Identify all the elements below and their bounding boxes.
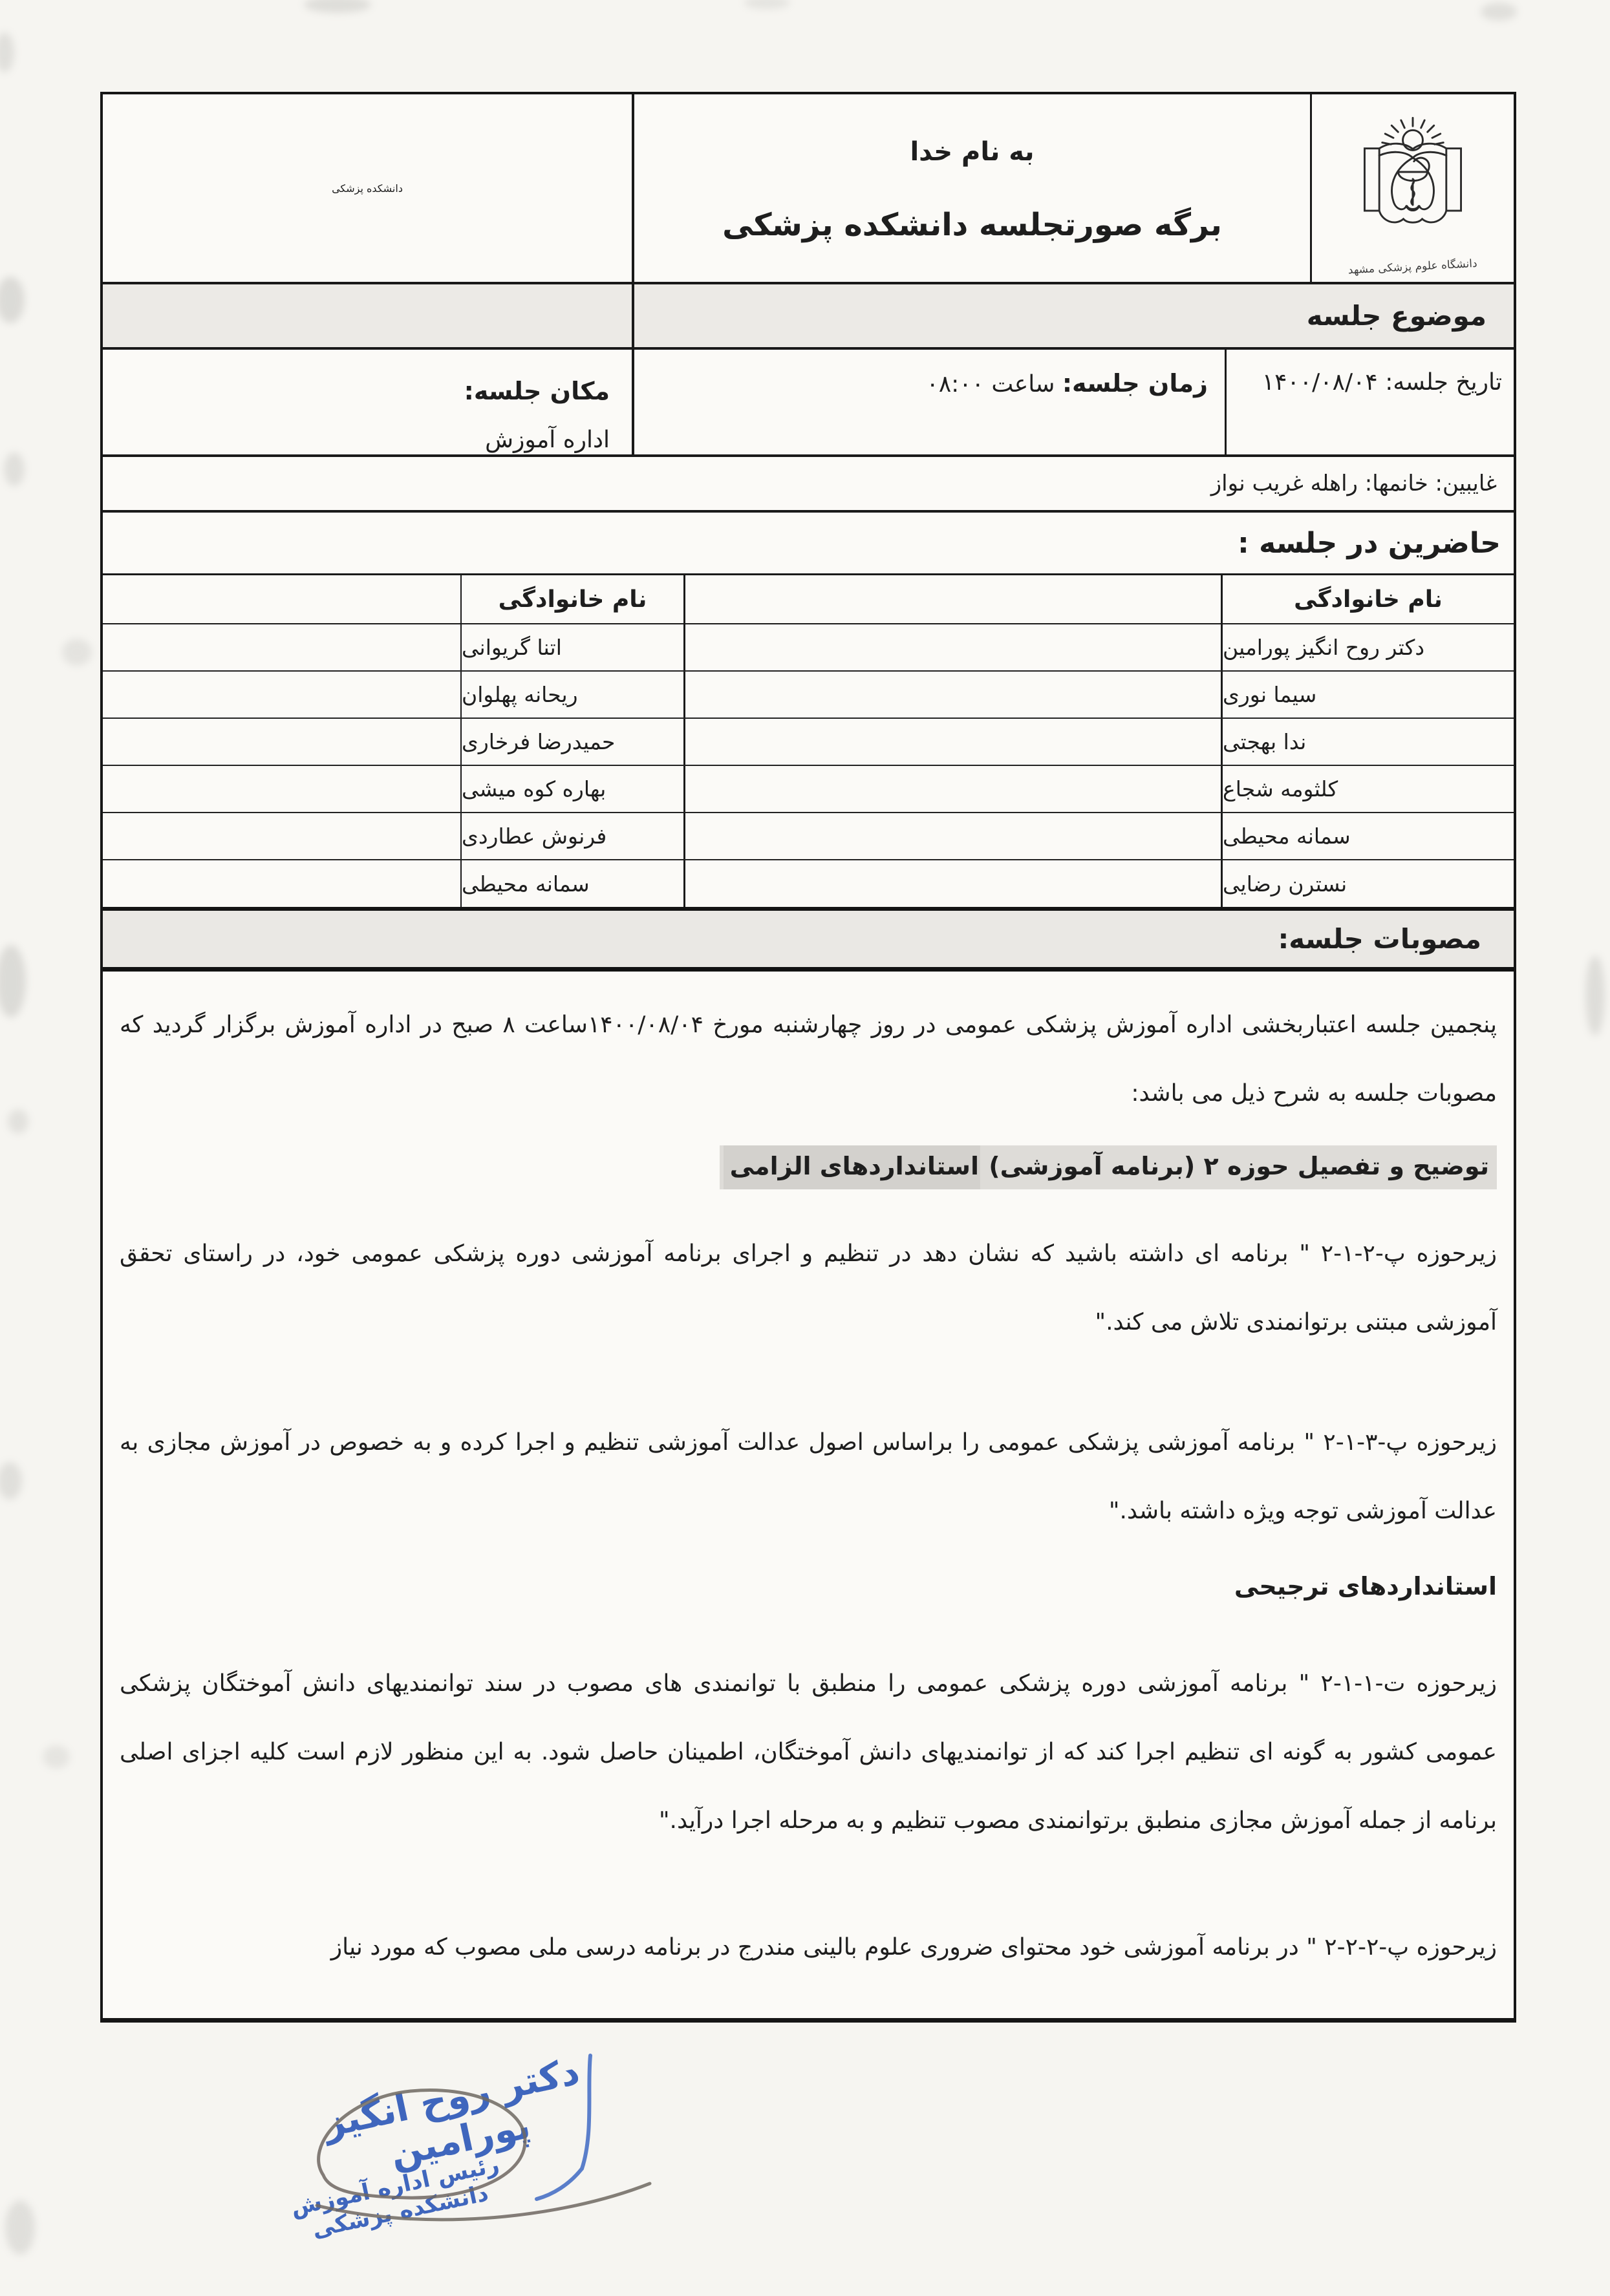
absentees-row: غایبین: خانمها: راهله غریب نواز xyxy=(103,457,1514,513)
scan-artifact xyxy=(0,32,14,72)
intro-paragraph: پنجمین جلسه اعتباربخشی اداره آموزش پزشکی… xyxy=(120,991,1497,1128)
name-col-header-right: نام خانوادگی xyxy=(1223,575,1514,623)
date-cell: تاریخ جلسه: ۱۴۰۰/۰۸/۰۴ xyxy=(1227,350,1514,454)
place-value: اداره آموزش xyxy=(103,416,610,465)
name-cell-left: بهاره کوه میشی xyxy=(462,766,685,812)
subject-spacer-cell xyxy=(103,284,634,347)
paragraph-p222: زیرحوزه پ-۲-۲-۲ " در برنامه آموزشی خود م… xyxy=(120,1913,1497,1982)
subject-row: موضوع جلسه xyxy=(103,284,1514,350)
time-label: زمان جلسه: xyxy=(1062,369,1208,398)
resolutions-label: مصوبات جلسه: xyxy=(1278,923,1481,955)
time-value: ساعت ۰۸:۰۰ xyxy=(927,371,1055,398)
date-label: تاریخ جلسه: xyxy=(1385,369,1502,396)
name-cell-right: ندا بهجتی xyxy=(1223,719,1514,765)
scan-artifact xyxy=(62,639,92,666)
name-cell-right: سمانه محیطی xyxy=(1223,813,1514,859)
signature-col-center xyxy=(685,575,1223,623)
heading-highlight-dark: استانداردهای الزامی xyxy=(724,1145,980,1189)
signature-scribble-icon xyxy=(233,2036,737,2296)
name-cell-left: فرنوش عطاردی xyxy=(462,813,685,859)
subject-label: موضوع جلسه xyxy=(1307,300,1487,332)
university-logo-icon xyxy=(1348,116,1477,253)
name-cell-right: نسترن رضایی xyxy=(1223,860,1514,907)
section-heading-preferred: استانداردهای ترجیحی xyxy=(120,1552,1497,1621)
signature-col-left xyxy=(103,575,462,623)
scan-artifact xyxy=(8,1109,28,1134)
name-row: بهاره کوه میشی کلثومه شجاع xyxy=(103,766,1514,813)
scan-artifact xyxy=(1481,3,1517,21)
paragraph-p212: زیرحوزه پ-۲-۱-۲ " برنامه ای داشته باشید … xyxy=(120,1220,1497,1357)
attendees-heading: حاضرین در جلسه : xyxy=(1238,527,1501,560)
time-cell: زمان جلسه: ساعت ۰۸:۰۰ xyxy=(634,350,1227,454)
heading-highlight: توضیح و تفصیل حوزه ۲ (برنامه آموزشی) است… xyxy=(720,1145,1497,1189)
section-heading-mandatory: توضیح و تفصیل حوزه ۲ (برنامه آموزشی) است… xyxy=(120,1132,1497,1200)
name-col-header-left: نام خانوادگی xyxy=(462,575,685,623)
page: { "colors": { "paper": "#f6f5f1", "cell_… xyxy=(0,0,1610,2296)
scan-artifact xyxy=(0,1462,22,1500)
absentees-text: غایبین: خانمها: راهله غریب نواز xyxy=(1211,471,1497,496)
svg-text:دانشگاه علوم پزشکی مشهد: دانشگاه علوم پزشکی مشهد xyxy=(1347,257,1477,277)
document-table: دانشکده پزشکی به نام خدا برگه صورتجلسه د… xyxy=(100,92,1516,2023)
signature-block: دکتر روح انگیز پورامین رئیس اداره آموزش … xyxy=(233,2036,737,2296)
names-table: نام خانوادگی نام خانوادگی اتنا گریوانی د… xyxy=(103,575,1514,911)
header-row: دانشکده پزشکی به نام خدا برگه صورتجلسه د… xyxy=(103,94,1514,284)
scan-artifact xyxy=(1585,955,1605,1036)
subject-cell: موضوع جلسه xyxy=(634,284,1514,347)
scan-artifact xyxy=(0,277,25,323)
name-cell-right: کلثومه شجاع xyxy=(1223,766,1514,812)
logo-caption: دانشگاه علوم پزشکی مشهد xyxy=(1338,253,1487,279)
name-row: فرنوش عطاردی سمانه محیطی xyxy=(103,813,1514,860)
name-row: ریحانه پهلوان سیما نوری xyxy=(103,672,1514,719)
bismillah-text: به نام خدا xyxy=(910,137,1034,167)
scan-artifact xyxy=(5,2200,35,2255)
datetime-row: مکان جلسه: اداره آموزش زمان جلسه: ساعت ۰… xyxy=(103,350,1514,457)
scan-artifact xyxy=(744,0,790,9)
paragraph-t112: زیرحوزه ت-۱-۱-۲ " برنامه آموزشی دوره پزش… xyxy=(120,1650,1497,1855)
name-row: اتنا گریوانی دکتر روح انگیز پورامین xyxy=(103,624,1514,672)
minutes-body: پنجمین جلسه اعتباربخشی اداره آموزش پزشکی… xyxy=(103,972,1514,2018)
scan-artifact xyxy=(304,0,371,13)
name-cell-left: حمیدرضا فرخاری xyxy=(462,719,685,765)
name-cell-right: سیما نوری xyxy=(1223,672,1514,717)
name-cell-left: ریحانه پهلوان xyxy=(462,672,685,717)
scan-artifact xyxy=(0,945,26,1017)
paragraph-p312: زیرحوزه پ-۳-۱-۲ " برنامه آموزشی پزشکی عم… xyxy=(120,1408,1497,1546)
name-row: حمیدرضا فرخاری ندا بهجتی xyxy=(103,719,1514,766)
title-cell: به نام خدا برگه صورتجلسه دانشکده پزشکی xyxy=(634,94,1312,282)
names-body: اتنا گریوانی دکتر روح انگیز پورامین ریحا… xyxy=(103,624,1514,911)
scan-artifact xyxy=(4,452,25,486)
name-cell-left: اتنا گریوانی xyxy=(462,624,685,670)
faculty-cell: دانشکده پزشکی xyxy=(103,94,634,282)
date-value: ۱۴۰۰/۰۸/۰۴ xyxy=(1262,369,1378,396)
resolutions-row: مصوبات جلسه: xyxy=(103,911,1514,972)
name-cell-right: دکتر روح انگیز پورامین xyxy=(1223,624,1514,670)
name-cell-left: سمانه محیطی xyxy=(462,860,685,907)
scan-artifact xyxy=(43,1745,70,1769)
page-title: برگه صورتجلسه دانشکده پزشکی xyxy=(722,207,1222,243)
name-row: سمانه محیطی نسترن رضایی xyxy=(103,860,1514,907)
faculty-label: دانشکده پزشکی xyxy=(332,182,403,195)
logo-cell: دانشگاه علوم پزشکی مشهد xyxy=(1312,94,1514,282)
place-cell: مکان جلسه: اداره آموزش xyxy=(103,350,634,454)
names-header-row: نام خانوادگی نام خانوادگی xyxy=(103,575,1514,624)
place-label: مکان جلسه: xyxy=(103,367,610,416)
attendees-heading-row: حاضرین در جلسه : xyxy=(103,513,1514,575)
